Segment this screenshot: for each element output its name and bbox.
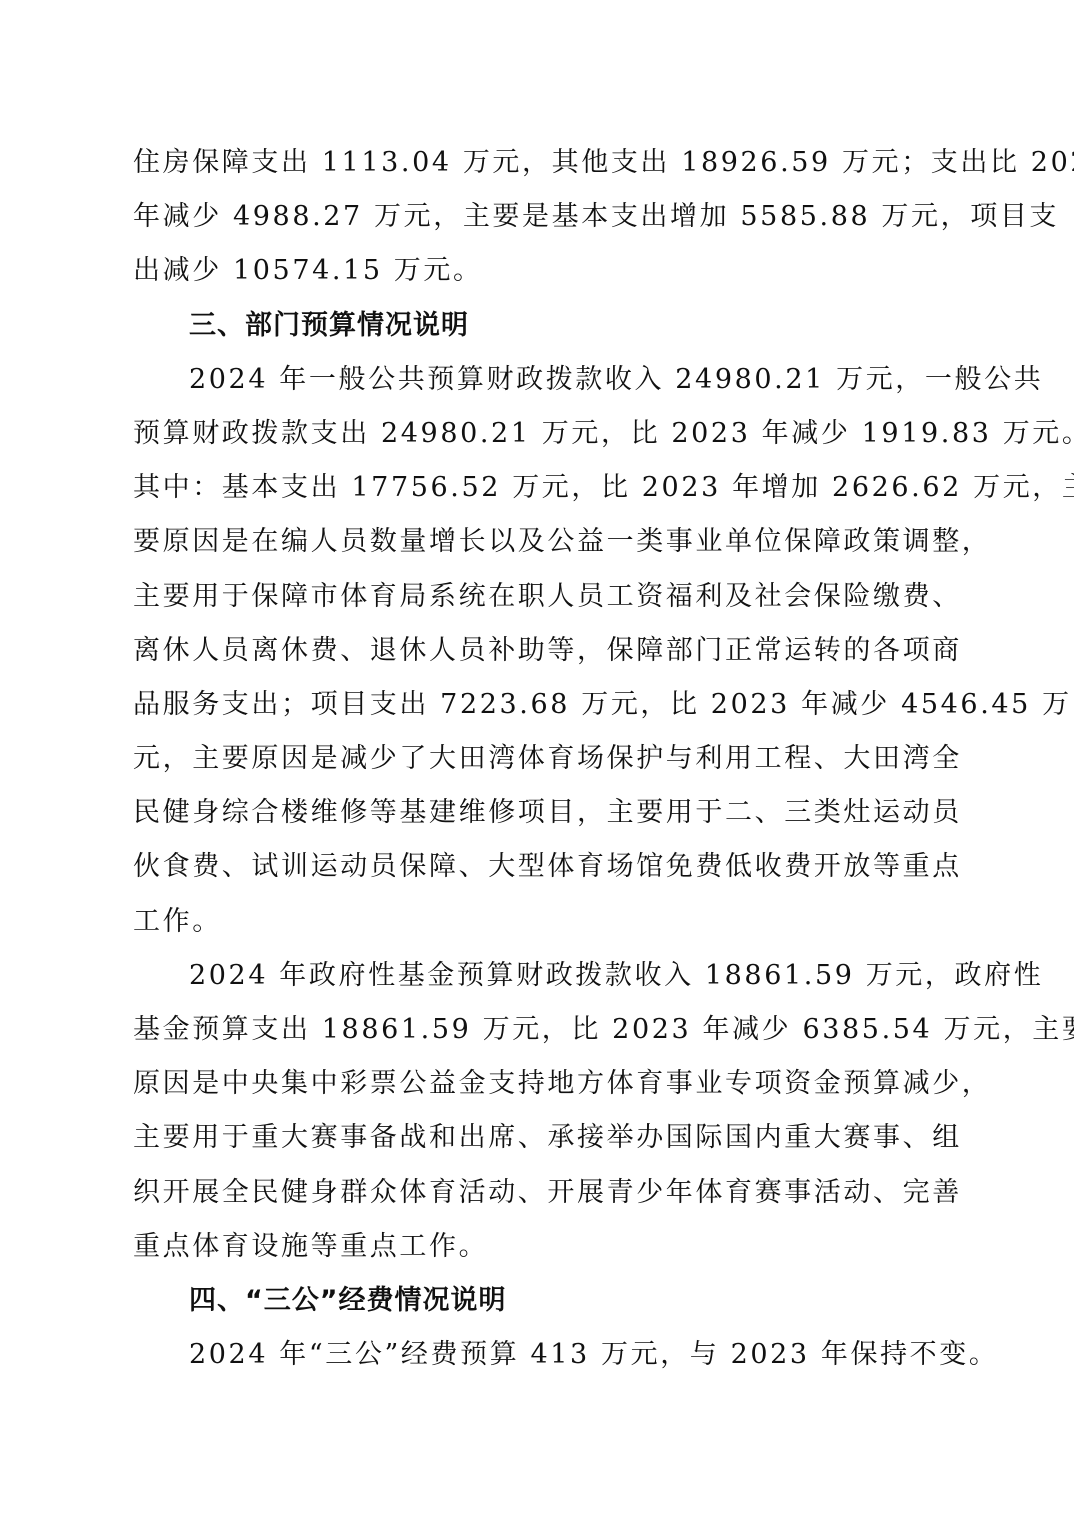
text-line: 要原因是在编人员数量增长以及公益一类事业单位保障政策调整， <box>133 521 945 575</box>
paragraph-three-public-expenses: 2024 年“三公”经费预算 413 万元，与 2023 年保持不变。 <box>133 1334 945 1388</box>
text-line: 住房保障支出 1113.04 万元，其他支出 18926.59 万元；支出比 2… <box>133 142 945 196</box>
text-line: 2024 年政府性基金预算财政拨款收入 18861.59 万元，政府性 <box>133 955 945 1009</box>
text-line: 织开展全民健身群众体育活动、开展青少年体育赛事活动、完善 <box>133 1172 945 1226</box>
text-line: 元，主要原因是减少了大田湾体育场保护与利用工程、大田湾全 <box>133 738 945 792</box>
text-line: 年减少 4988.27 万元，主要是基本支出增加 5585.88 万元，项目支 <box>133 196 945 250</box>
paragraph-expenditure-summary: 住房保障支出 1113.04 万元，其他支出 18926.59 万元；支出比 2… <box>133 142 945 305</box>
text-line: 民健身综合楼维修等基建维修项目，主要用于二、三类灶运动员 <box>133 792 945 846</box>
text-line: 重点体育设施等重点工作。 <box>133 1226 945 1280</box>
text-line: 原因是中央集中彩票公益金支持地方体育事业专项资金预算减少， <box>133 1063 945 1117</box>
text-line: 品服务支出；项目支出 7223.68 万元，比 2023 年减少 4546.45… <box>133 684 945 738</box>
text-line: 出减少 10574.15 万元。 <box>133 250 945 304</box>
paragraph-general-public-budget: 2024 年一般公共预算财政拨款收入 24980.21 万元，一般公共 预算财政… <box>133 359 945 955</box>
paragraph-government-fund-budget: 2024 年政府性基金预算财政拨款收入 18861.59 万元，政府性 基金预算… <box>133 955 945 1280</box>
text-line: 主要用于保障市体育局系统在职人员工资福利及社会保险缴费、 <box>133 576 945 630</box>
text-line: 主要用于重大赛事备战和出席、承接举办国际国内重大赛事、组 <box>133 1117 945 1171</box>
text-line: 离休人员离休费、退休人员补助等，保障部门正常运转的各项商 <box>133 630 945 684</box>
text-line: 伙食费、试训运动员保障、大型体育场馆免费低收费开放等重点 <box>133 846 945 900</box>
text-line: 2024 年“三公”经费预算 413 万元，与 2023 年保持不变。 <box>133 1334 945 1388</box>
text-line: 工作。 <box>133 901 945 955</box>
section-heading-three-public-expenses: 四、“三公”经费情况说明 <box>133 1280 945 1334</box>
text-line: 其中：基本支出 17756.52 万元，比 2023 年增加 2626.62 万… <box>133 467 945 521</box>
text-line: 2024 年一般公共预算财政拨款收入 24980.21 万元，一般公共 <box>133 359 945 413</box>
text-line: 基金预算支出 18861.59 万元，比 2023 年减少 6385.54 万元… <box>133 1009 945 1063</box>
section-heading-department-budget: 三、部门预算情况说明 <box>133 305 945 359</box>
document-page: 住房保障支出 1113.04 万元，其他支出 18926.59 万元；支出比 2… <box>133 142 945 1388</box>
text-line: 预算财政拨款支出 24980.21 万元，比 2023 年减少 1919.83 … <box>133 413 945 467</box>
